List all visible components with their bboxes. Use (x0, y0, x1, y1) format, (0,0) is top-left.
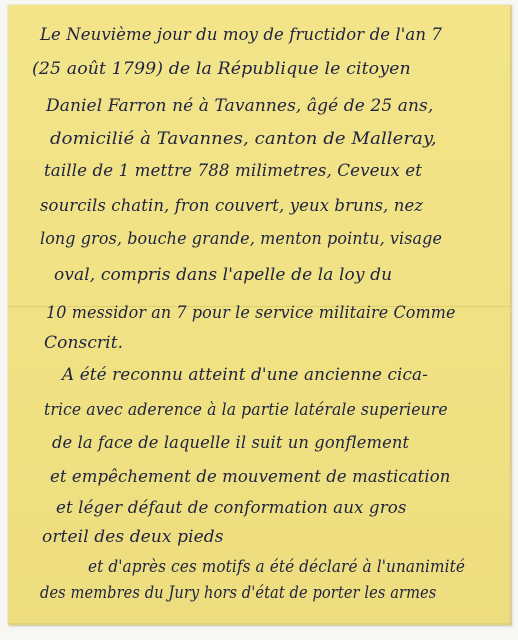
text-line: A été reconnu atteint d'une ancienne cic… (62, 365, 428, 385)
letter-page: Le Neuvième jour du moy de fructidor de … (8, 5, 511, 625)
text-line: domicilié à Tavannes, canton de Malleray… (50, 129, 437, 149)
text-line: oval, compris dans l'apelle de la loy du (54, 265, 392, 285)
text-line: de la face de laquelle il suit un gonfle… (52, 433, 409, 453)
text-line: Daniel Farron né à Tavannes, âgé de 25 a… (46, 96, 433, 116)
text-line: et empêchement de mouvement de masticati… (50, 467, 451, 487)
text-line: trice avec aderence à la partie latérale… (44, 400, 448, 420)
text-line: Conscrit. (44, 333, 123, 353)
text-line: (25 août 1799) de la République le citoy… (32, 59, 411, 79)
text-line: sourcils chatin, fron couvert, yeux brun… (40, 196, 423, 216)
text-line: orteil des deux pieds (42, 527, 224, 547)
text-line: des membres du Jury hors d'état de porte… (40, 583, 436, 603)
text-line: et d'après ces motifs a été déclaré à l'… (88, 557, 465, 577)
text-line: taille de 1 mettre 788 milimetres, Ceveu… (44, 161, 422, 181)
text-line: Le Neuvième jour du moy de fructidor de … (40, 25, 442, 45)
text-line: et léger défaut de conformation aux gros (56, 498, 407, 518)
text-line: long gros, bouche grande, menton pointu,… (40, 229, 442, 249)
text-line: 10 messidor an 7 pour le service militai… (46, 303, 456, 323)
